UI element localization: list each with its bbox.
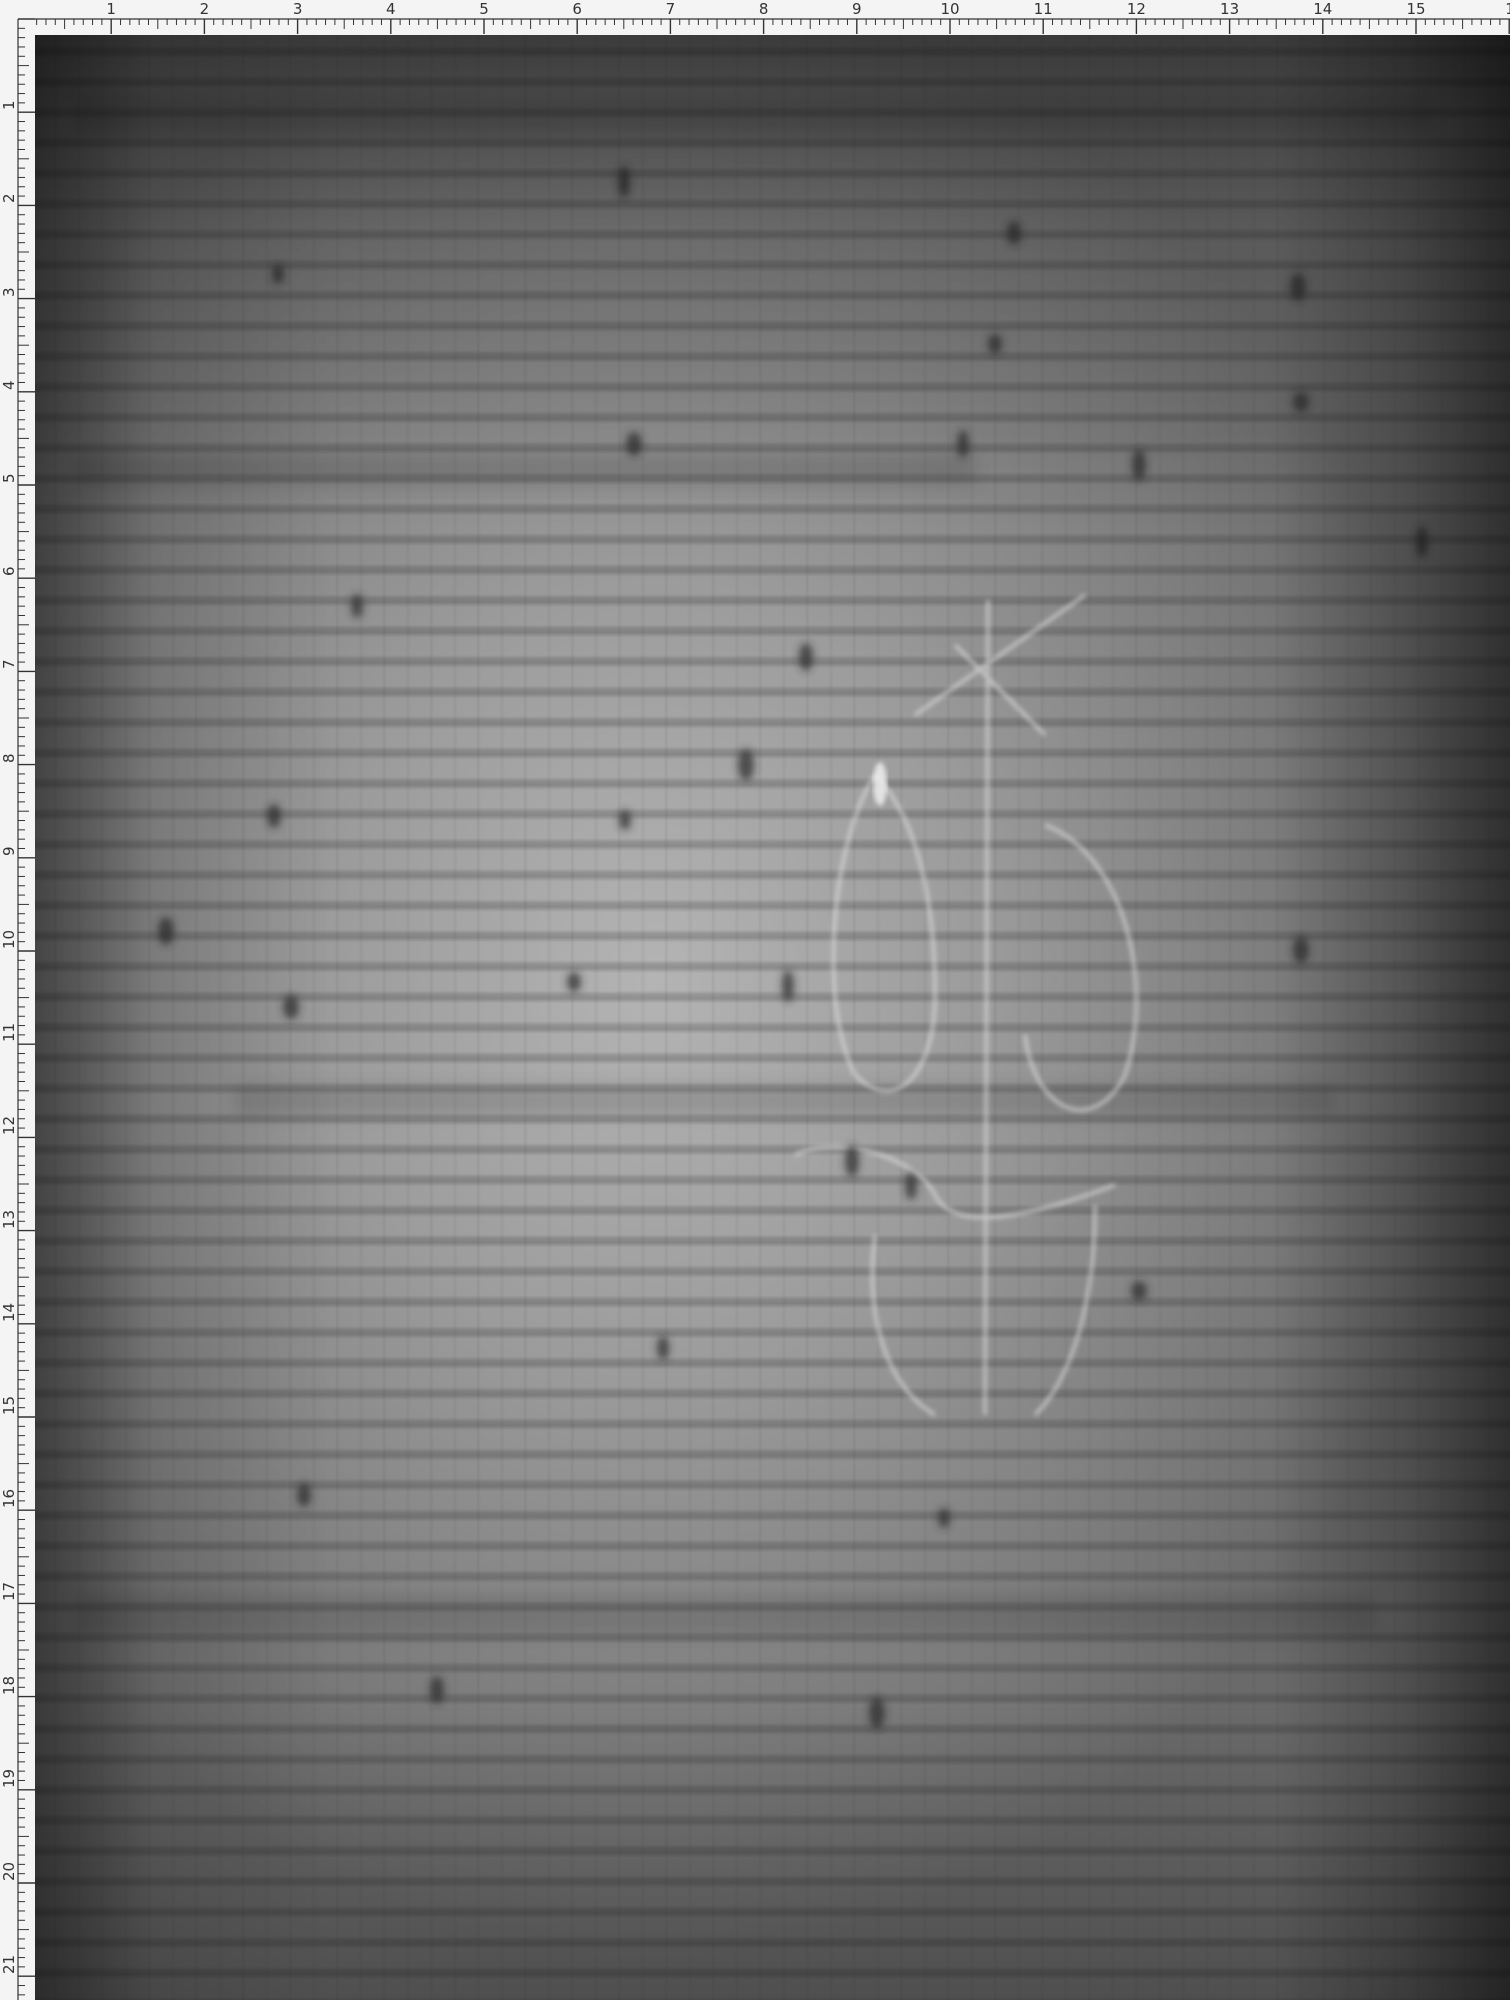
vignette-right — [35, 35, 1510, 2000]
ruler-left-label: 11 — [1, 1023, 17, 1042]
ruler-left-label: 20 — [1, 1862, 17, 1881]
ruler-left-label: 4 — [1, 380, 17, 390]
ruler-top-label: 3 — [293, 1, 303, 17]
ruler-left-label: 9 — [1, 846, 17, 856]
ruler-left-label: 19 — [1, 1769, 17, 1788]
manuscript-scan-image — [35, 35, 1510, 2000]
ruler-top-label: 4 — [386, 1, 396, 17]
ruler-top-ticks — [0, 0, 1510, 35]
ruler-left-label: 15 — [1, 1396, 17, 1415]
ruler-left-label: 3 — [1, 287, 17, 297]
ruler-top-label: 2 — [200, 1, 210, 17]
ruler-left-label: 18 — [1, 1676, 17, 1695]
ruler-top-label: 8 — [759, 1, 769, 17]
ruler-left-ticks — [0, 0, 35, 2000]
ruler-top-label: 10 — [940, 1, 959, 17]
ruler-left-label: 6 — [1, 567, 17, 577]
ruler-left-label: 14 — [1, 1303, 17, 1322]
ruler-left-label: 5 — [1, 473, 17, 483]
ruler-top: 01234567891011121314151 — [0, 0, 1510, 35]
ruler-top-label: 11 — [1034, 1, 1053, 17]
ruler-top-label: 15 — [1406, 1, 1425, 17]
ruler-left-label: 7 — [1, 660, 17, 670]
ruler-top-label: 1 — [1505, 1, 1510, 17]
ruler-top-label: 14 — [1313, 1, 1332, 17]
ruler-top-label: 13 — [1220, 1, 1239, 17]
ruler-top-label: 9 — [852, 1, 862, 17]
ruler-top-label: 12 — [1127, 1, 1146, 17]
ruler-left-label: 1 — [1, 101, 17, 111]
ruler-left-label: 17 — [1, 1582, 17, 1601]
ruler-top-label: 7 — [666, 1, 676, 17]
ruler-left-label: 8 — [1, 753, 17, 763]
ruler-left-label: 16 — [1, 1489, 17, 1508]
ruler-left-label: 2 — [1, 194, 17, 204]
ruler-left-label: 13 — [1, 1210, 17, 1229]
ruler-top-label: 6 — [572, 1, 582, 17]
ruler-left: 123456789101112131415161718192021 — [0, 0, 35, 2000]
ruler-left-label: 12 — [1, 1116, 17, 1135]
ruler-top-label: 1 — [106, 1, 116, 17]
ruler-top-label: 5 — [479, 1, 489, 17]
ruler-left-label: 21 — [1, 1955, 17, 1974]
ruler-left-label: 10 — [1, 930, 17, 949]
